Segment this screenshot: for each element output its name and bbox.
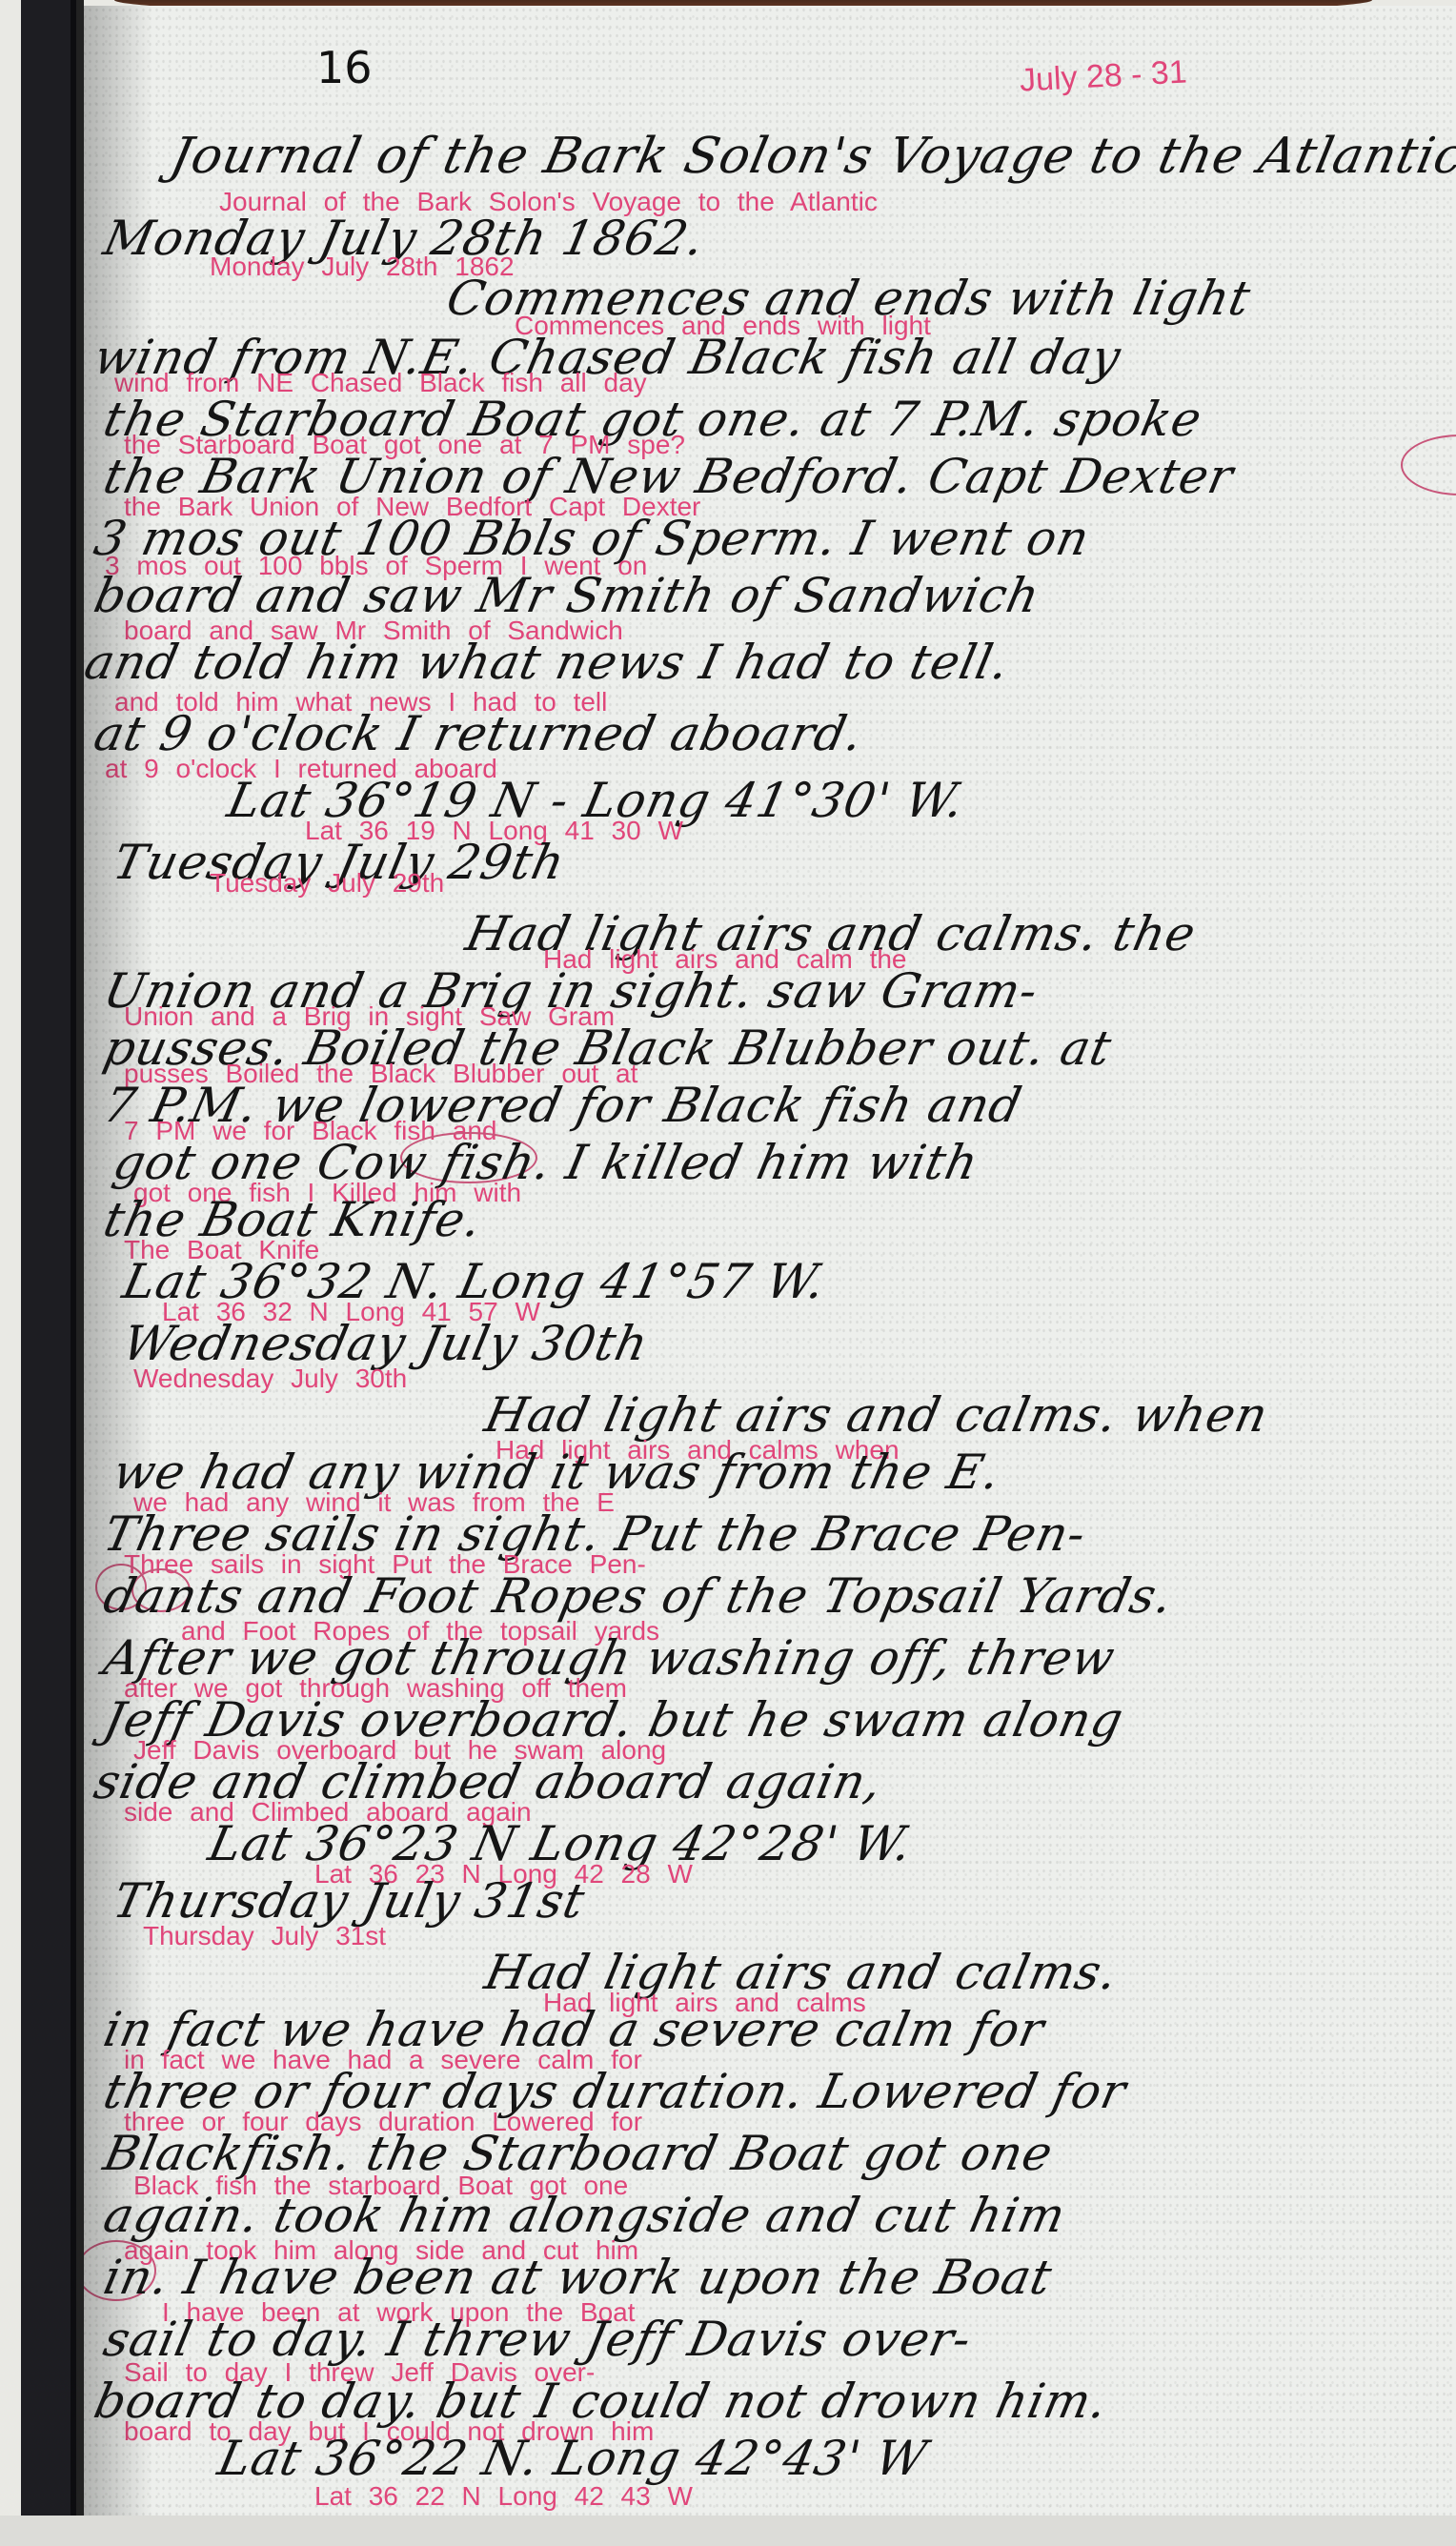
position-reading: Lat 36°22 N. Long 42°43' W [213,2431,933,2486]
binding-edge [76,0,84,2516]
entry-date-transcription: Thursday July 31st [143,1921,386,1951]
annotation-circle [1401,434,1456,495]
entry-line: and told him what news I had to tell. [80,635,1015,690]
journal-title: Journal of the Bark Solon's Voyage to th… [166,128,1456,185]
entry-date-transcription: Tuesday July 29th [210,868,444,899]
book-binding [21,0,76,2516]
entry-date-transcription: Wednesday July 30th [133,1364,407,1394]
annotation-circle [76,2240,156,2301]
journal-page: 16 July 28 - 31 Journal of the Bark Solo… [67,6,1456,2523]
annotation-circle [95,1564,147,1610]
date-range-annotation: July 28 - 31 [1019,53,1188,99]
page-bottom-edge [0,2516,1456,2546]
position-transcription: Lat 36 22 N Long 42 43 W [314,2481,693,2512]
page-number: 16 [316,42,373,93]
